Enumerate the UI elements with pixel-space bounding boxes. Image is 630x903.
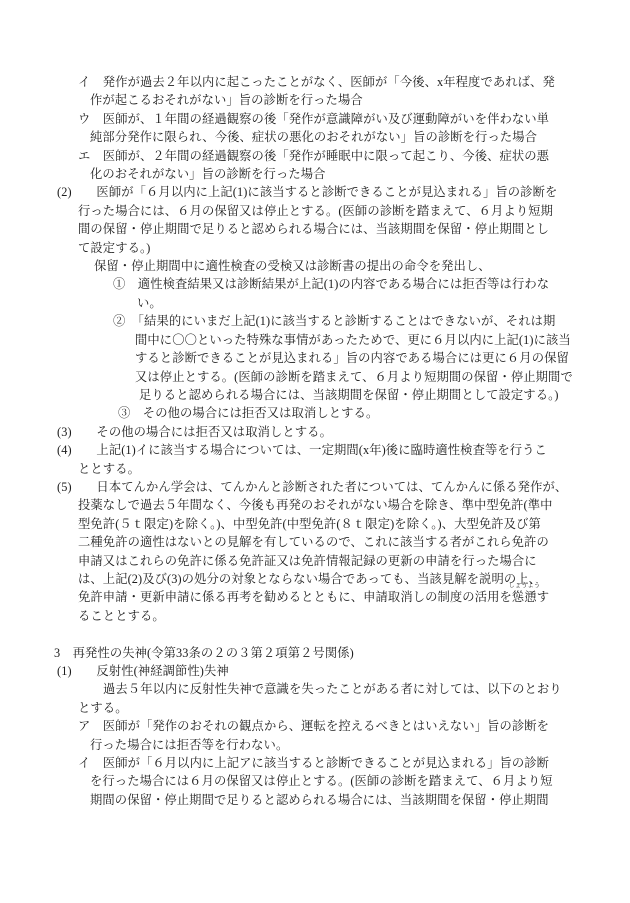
doc-line: (1) 反射性(神経調節性)失神 xyxy=(0,662,630,680)
doc-line: 又は停止とする。(医師の診断を踏まえて、６月より短期間の保留・停止期間で xyxy=(0,368,630,386)
doc-line: (4) 上記(1)イに該当する場合については、一定期間(x年)後に臨時適性検査等… xyxy=(0,441,630,459)
doc-line: ることとする。 xyxy=(0,607,630,625)
doc-line: 投薬なしで過去５年間なく、今後も再発のおそれがない場合を除き、準中型免許(準中 xyxy=(0,496,630,514)
doc-line: ア 医師が「発作のおそれの観点から、運転を控えるべきとはいえない」旨の診断を xyxy=(0,717,630,735)
furigana: しょうよう xyxy=(509,583,540,589)
doc-line: イ 医師が「６月以内に上記アに該当すると診断できることが見込まれる」旨の診断 xyxy=(0,754,630,772)
doc-line: ① 適性検査結果又は診断結果が上記(1)の内容である場合には拒否等は行わな xyxy=(0,275,630,293)
doc-line: 化のおそれがない」旨の診断を行った場合 xyxy=(0,165,630,183)
blank-line xyxy=(0,625,630,643)
doc-line: 型免許(５ｔ限定)を除く。)、中型免許(中型免許(８ｔ限定)を除く。)、大型免許… xyxy=(0,515,630,533)
doc-line: 保留・停止期間中に適性検査の受検又は診断書の提出の命令を発出し、 xyxy=(0,257,630,275)
doc-line: ③ その他の場合には拒否又は取消しとする。 xyxy=(0,404,630,422)
doc-line: (5) 日本てんかん学会は、てんかんと診断された者については、てんかんに係る発作… xyxy=(0,478,630,496)
doc-line: を行った場合には６月の保留又は停止とする。(医師の診断を踏まえて、６月より短 xyxy=(0,772,630,790)
doc-line: 間中に〇〇といった特殊な事情があったためで、更に６月以内に上記(1)に該当 xyxy=(0,331,630,349)
doc-line: 足りると認められる場合には、当該期間を保留・停止期間として設定する。) xyxy=(0,386,630,404)
doc-line: て設定する。) xyxy=(0,239,630,257)
doc-line: 申請又はこれらの免許に係る免許証又は免許情報記録の更新の申請を行った場合に xyxy=(0,552,630,570)
ruby-base: 慫慂しょうよう xyxy=(512,590,537,604)
doc-line: 免許申請・更新申請に係る再考を勧めるとともに、申請取消しの制度の活用を慫慂しょう… xyxy=(0,588,630,606)
doc-line: 二種免許の適性はないとの見解を有しているので、これに該当する者がこれら免許の xyxy=(0,533,630,551)
doc-line: (2) 医師が「６月以内に上記(1)に該当すると診断できることが見込まれる」旨の… xyxy=(0,183,630,201)
doc-line: 間の保留・停止期間で足りると認められる場合には、当該期間を保留・停止期間とし xyxy=(0,220,630,238)
doc-line: 行った場合には、６月の保留又は停止とする。(医師の診断を踏まえて、６月より短期 xyxy=(0,202,630,220)
doc-line: い。 xyxy=(0,294,630,312)
doc-line: 行った場合には拒否等を行わない。 xyxy=(0,736,630,754)
doc-line: エ 医師が、２年間の経過観察の後「発作が睡眠中に限って起こり、今後、症状の悪 xyxy=(0,147,630,165)
doc-line: (3) その他の場合には拒否又は取消しとする。 xyxy=(0,423,630,441)
doc-line: 3 再発性の失神(令第33条の２の３第２項第２号関係) xyxy=(0,644,630,662)
doc-line: 純部分発作に限られ、今後、症状の悪化のおそれがない」旨の診断を行った場合 xyxy=(0,128,630,146)
document-body: イ 発作が過去２年以内に起こったことがなく、医師が「今後、x年程度であれば、発作… xyxy=(0,73,630,809)
document-page: イ 発作が過去２年以内に起こったことがなく、医師が「今後、x年程度であれば、発作… xyxy=(0,0,630,903)
doc-line: イ 発作が過去２年以内に起こったことがなく、医師が「今後、x年程度であれば、発 xyxy=(0,73,630,91)
doc-line: ととする。 xyxy=(0,460,630,478)
doc-line: すると診断できることが見込まれる」旨の内容である場合には更に６月の保留 xyxy=(0,349,630,367)
doc-line: 過去５年以内に反射性失神で意識を失ったことがある者に対しては、以下のとおり xyxy=(0,680,630,698)
doc-line: 作が起こるおそれがない」旨の診断を行った場合 xyxy=(0,91,630,109)
doc-line: ウ 医師が、１年間の経過観察の後「発作が意識障がい及び運動障がいを伴わない単 xyxy=(0,110,630,128)
doc-line: とする。 xyxy=(0,699,630,717)
doc-line: 期間の保留・停止期間で足りると認められる場合には、当該期間を保留・停止期間 xyxy=(0,791,630,809)
doc-line: ② 「結果的にいまだ上記(1)に該当すると診断することはできないが、それは期 xyxy=(0,312,630,330)
